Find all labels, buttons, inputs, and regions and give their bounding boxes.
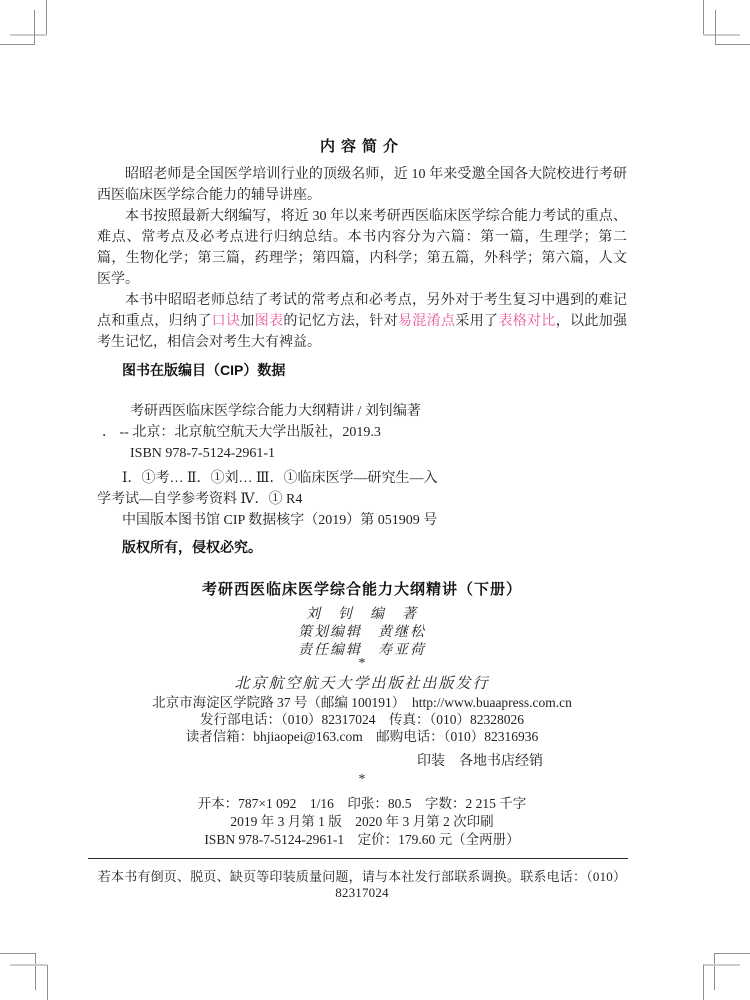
separator-star-1: * bbox=[97, 656, 627, 672]
highlight-biaogeduibi: 表格对比 bbox=[498, 314, 555, 329]
classification-line-2: 学考试—自学参考资料 Ⅳ．① R4 bbox=[97, 489, 627, 510]
crop-mark-top-left bbox=[0, 44, 35, 45]
cip-line-title-author: 考研西医临床医学综合能力大纲精讲 / 刘钊编著 bbox=[97, 401, 627, 422]
crop-mark-top-left bbox=[10, 34, 47, 36]
intro-section: 昭昭老师是全国医学培训行业的顶级名师，近 10 年来受邀全国各大院校进行考研西医… bbox=[97, 164, 627, 353]
cip-record-number: 中国版本图书馆 CIP 数据核字（2019）第 051909 号 bbox=[97, 509, 652, 529]
crop-mark-top-right bbox=[703, 0, 704, 34]
cip-line-publisher: ． -- 北京：北京航空航天大学出版社，2019.3 bbox=[97, 422, 627, 443]
intro-paragraph-3: 本书中昭昭老师总结了考试的常考点和必考点，另外对于考生复习中遇到的难记点和重点，… bbox=[97, 290, 627, 353]
colophon-planning-editor: 策划编辑 黄继松 bbox=[97, 621, 627, 641]
highlight-tubiao: 图表 bbox=[255, 314, 284, 329]
intro-paragraph-2: 本书按照最新大纲编写，将近 30 年以来考研西医临床医学综合能力考试的重点、难点… bbox=[97, 206, 627, 290]
distribution-line: 印装 各地书店经销 bbox=[417, 750, 543, 770]
cip-title: 图书在版编目（CIP）数据 bbox=[122, 360, 652, 380]
crop-mark-top-left bbox=[46, 0, 47, 34]
colophon-author: 刘 钊 编 著 bbox=[97, 603, 627, 623]
separator-star-2: * bbox=[97, 772, 627, 788]
crop-mark-top-right bbox=[703, 34, 740, 36]
crop-mark-bottom-right bbox=[714, 953, 715, 990]
crop-mark-bottom-right bbox=[715, 953, 750, 954]
copyright-page: 内容简介 昭昭老师是全国医学培训行业的顶级名师，近 10 年来受邀全国各大院校进… bbox=[0, 0, 750, 1000]
copyright-notice: 版权所有，侵权必究。 bbox=[97, 537, 652, 557]
crop-mark-bottom-left bbox=[0, 953, 35, 954]
crop-mark-bottom-left bbox=[10, 964, 47, 966]
classification-line-1: Ⅰ．①考… Ⅱ．①刘… Ⅲ．①临床医学—研究生—入 bbox=[97, 468, 627, 489]
publisher-line: 北京航空航天大学出版社出版发行 bbox=[97, 672, 627, 693]
footer-note: 若本书有倒页、脱页、缺页等印装质量问题，请与本社发行部联系调换。联系电话：（01… bbox=[97, 866, 627, 901]
crop-mark-top-left bbox=[34, 10, 35, 45]
isbn-price-line: ISBN 978-7-5124-2961-1 定价：179.60 元（全两册） bbox=[97, 828, 627, 848]
highlight-yihunxiaodian: 易混淆点 bbox=[398, 314, 455, 329]
crop-mark-bottom-left bbox=[47, 965, 48, 1000]
intro-paragraph-1: 昭昭老师是全国医学培训行业的顶级名师，近 10 年来受邀全国各大院校进行考研西医… bbox=[97, 164, 627, 206]
format-line: 开本：787×1 092 1/16 印张：80.5 字数：2 215 千字 bbox=[97, 792, 627, 812]
email-line: 读者信箱：bhjiaopei@163.com 邮购电话：（010）8231693… bbox=[97, 725, 627, 745]
colophon-book-title: 考研西医临床医学综合能力大纲精讲（下册） bbox=[97, 578, 627, 599]
footer-divider bbox=[88, 858, 628, 859]
crop-mark-bottom-right bbox=[703, 964, 740, 966]
edition-line: 2019 年 3 月第 1 版 2020 年 3 月第 2 次印刷 bbox=[97, 810, 627, 830]
crop-mark-top-right bbox=[715, 10, 716, 45]
intro-title: 内容简介 bbox=[97, 135, 627, 156]
cip-block: 考研西医临床医学综合能力大纲精讲 / 刘钊编著 ． -- 北京：北京航空航天大学… bbox=[97, 401, 627, 464]
crop-mark-bottom-left bbox=[35, 953, 36, 990]
highlight-koujue: 口诀 bbox=[212, 314, 241, 329]
cip-line-isbn: ISBN 978-7-5124-2961-1 bbox=[97, 443, 627, 464]
cip-classification: Ⅰ．①考… Ⅱ．①刘… Ⅲ．①临床医学—研究生—入 学考试—自学参考资料 Ⅳ．①… bbox=[97, 468, 627, 510]
crop-mark-top-right bbox=[715, 44, 750, 45]
crop-mark-bottom-right bbox=[703, 965, 704, 1000]
